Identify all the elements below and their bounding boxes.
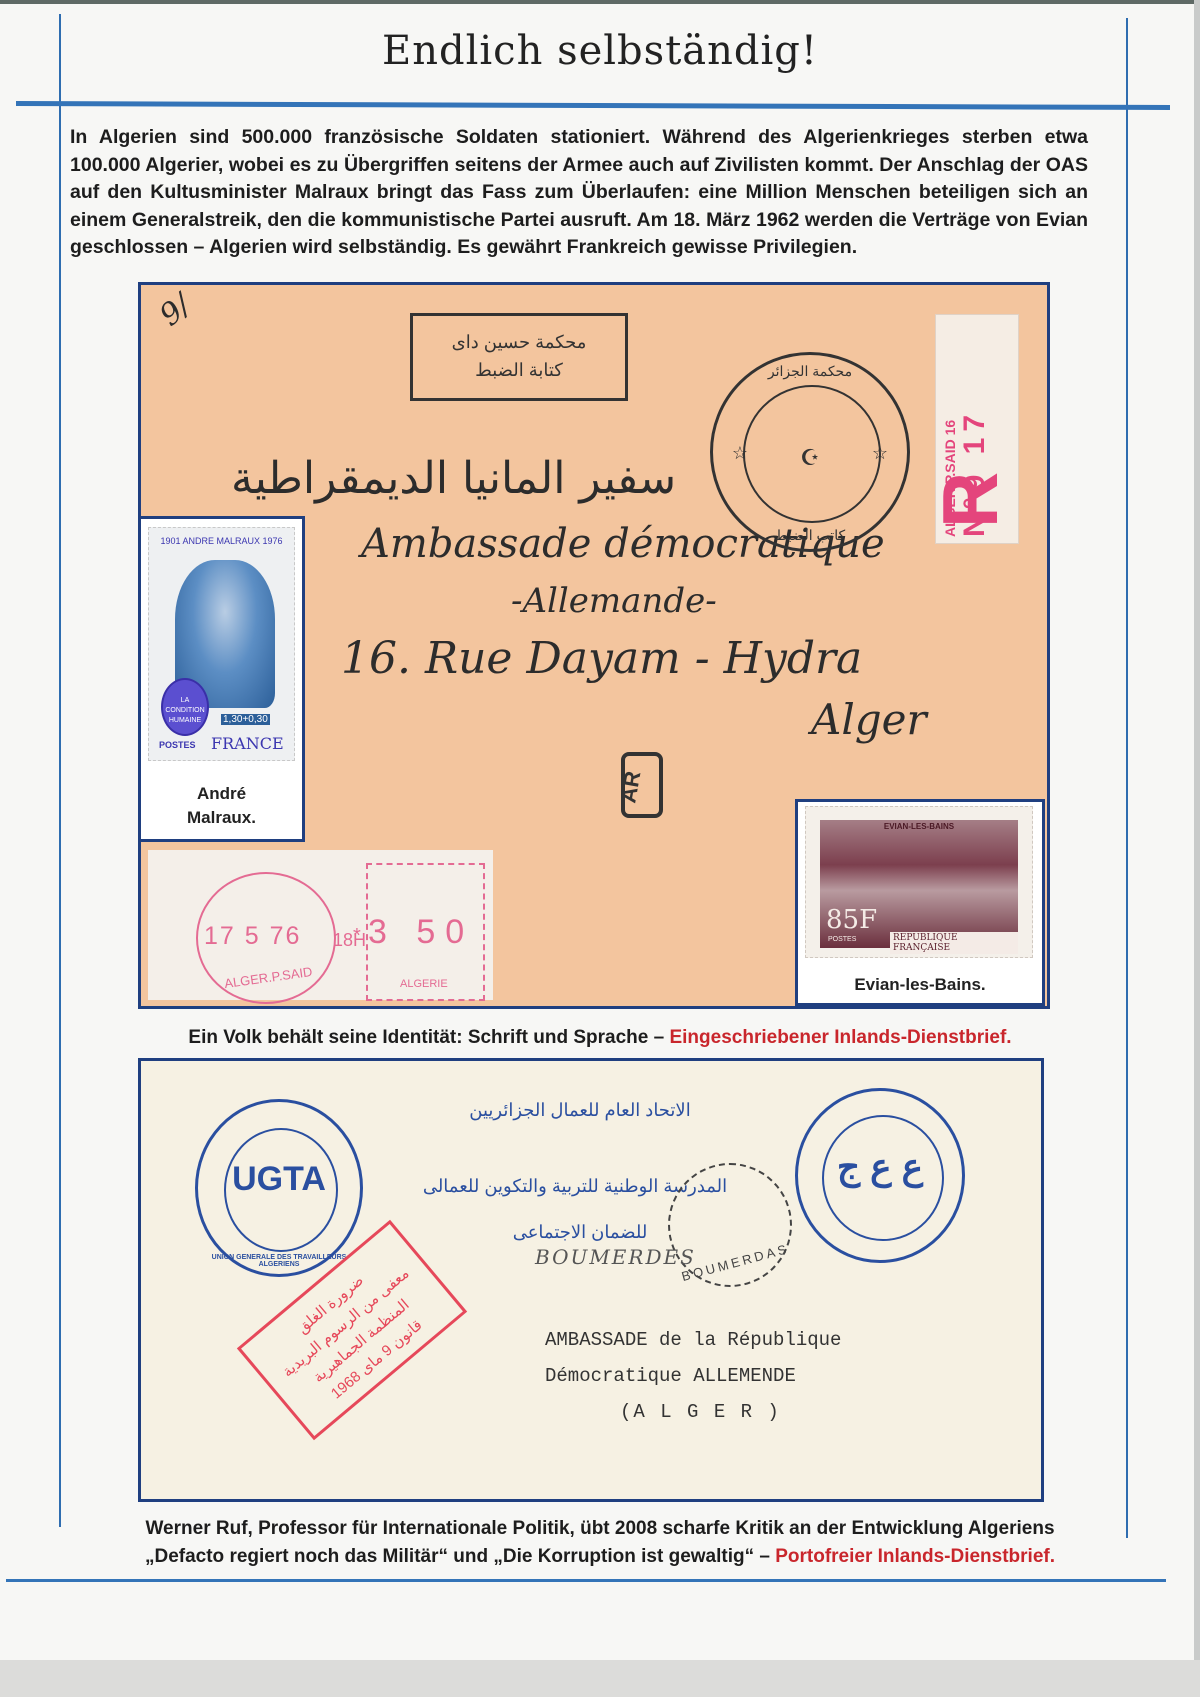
- cover2-caption-line1: Werner Ruf, Professor für Internationale…: [0, 1515, 1200, 1543]
- ar-stamp: AR: [621, 752, 663, 818]
- address-line-4: Alger: [811, 695, 927, 744]
- corner-mark: 9/: [153, 288, 198, 334]
- evian-lake-picture: EVIAN-LES-BAINS 85F POSTES REPUBLIQUE FR…: [820, 820, 1018, 948]
- cover1-caption-type: Eingeschriebener Inlands-Dienstbrief.: [669, 1027, 1011, 1048]
- meter-date: 17 5 76: [204, 922, 301, 951]
- page-title: Endlich selbständig!: [0, 28, 1200, 74]
- malraux-caption-line1: André: [141, 782, 302, 806]
- title-rule: [16, 101, 1170, 110]
- scan-edge-top: [0, 0, 1200, 4]
- crescent-star-icon: ☪: [713, 445, 907, 471]
- court-box-stamp-line1: محكمة حسين داى: [413, 328, 625, 356]
- ugta-seal-letters: UGTA: [198, 1160, 360, 1199]
- cover2-caption-quote: „Defacto regiert noch das Militär“ und „…: [145, 1546, 775, 1567]
- evian-stamp-value: 85F: [826, 905, 877, 935]
- scan-edge-right: [1194, 0, 1200, 1697]
- address-line-3: 16. Rue Dayam - Hydra: [341, 633, 862, 684]
- registration-letter: R: [935, 472, 1005, 528]
- footer-rule: [6, 1579, 1166, 1582]
- evian-stamp-header: EVIAN-LES-BAINS: [820, 822, 1018, 831]
- ugta-arabic-seal: ع ع ج: [795, 1088, 965, 1263]
- malraux-caption: André Malraux.: [141, 782, 302, 830]
- cover2-caption: Werner Ruf, Professor für Internationale…: [0, 1515, 1200, 1571]
- postage-meter-strip: ALGER.P.SAID 17 5 76 18H * 3 50 ALGERIE: [148, 850, 493, 1000]
- scan-bottom-edge: [0, 1660, 1200, 1697]
- seal-top-text: محكمة الجزائر: [713, 363, 907, 380]
- malraux-stamp-value: 1,30+0,30: [221, 714, 270, 725]
- typed-address-line1: AMBASSADE de la République: [545, 1329, 841, 1351]
- malraux-caption-line2: Malraux.: [141, 806, 302, 830]
- malraux-stamp-header: 1901 ANDRE MALRAUX 1976: [155, 536, 288, 546]
- registration-label: ALGER.P.SAID 16 N°9 17 R: [935, 314, 1019, 544]
- cover2-caption-line2: „Defacto regiert noch das Militär“ und „…: [0, 1543, 1200, 1571]
- malraux-stamp: 1901 ANDRE MALRAUX 1976 LA CONDITION HUM…: [148, 527, 295, 761]
- ar-stamp-text: AR: [615, 769, 646, 805]
- address-line-2: -Allemande-: [511, 581, 717, 621]
- evian-stamp-country: REPUBLIQUE FRANÇAISE: [890, 932, 1018, 954]
- malraux-stamp-postes: POSTES: [159, 740, 196, 750]
- cover1-caption-text: Ein Volk behält seine Identität: Schrift…: [188, 1027, 669, 1048]
- frame-right-line: [1126, 18, 1128, 1538]
- court-box-stamp: محكمة حسين داى كتابة الضبط: [410, 313, 628, 401]
- letterhead-line1: الاتحاد العام للعمال الجزائريين: [390, 1100, 770, 1121]
- meter-star: *: [353, 925, 361, 948]
- handwritten-town: BOUMERDES: [535, 1245, 696, 1269]
- malraux-stamp-country: FRANCE: [211, 734, 284, 753]
- intro-paragraph: In Algerien sind 500.000 französische So…: [70, 124, 1088, 262]
- cover2-caption-type: Portofreier Inlands-Dienstbrief.: [775, 1546, 1055, 1567]
- evian-stamp-postes: POSTES: [828, 936, 856, 943]
- meter-country: ALGERIE: [400, 978, 448, 990]
- evian-caption: Evian-les-Bains.: [798, 973, 1042, 997]
- meter-value: 3 50: [368, 913, 474, 952]
- letterhead-line3: للضمان الاجتماعى: [470, 1222, 690, 1243]
- meter-hour: 18H: [333, 930, 366, 951]
- frame-left-line: [59, 14, 61, 1527]
- ugta-arabic-seal-letters: ع ع ج: [798, 1146, 962, 1188]
- arabic-address: سفير المانيا الديمقراطية: [231, 453, 676, 504]
- court-box-stamp-line2: كتابة الضبط: [413, 356, 625, 384]
- typed-address-line3: (A L G E R ): [620, 1401, 781, 1423]
- evian-stamp: EVIAN-LES-BAINS 85F POSTES REPUBLIQUE FR…: [805, 806, 1033, 958]
- oval-book-emblem: LA CONDITION HUMAINE: [161, 678, 209, 736]
- ugta-seal: UGTA UNION GENERALE DES TRAVAILLEURS ALG…: [195, 1099, 363, 1277]
- seal-bottom-text: كاتب الضبط: [713, 527, 907, 544]
- cover1-caption: Ein Volk behält seine Identität: Schrift…: [0, 1027, 1200, 1049]
- typed-address-line2: Démocratique ALLEMENDE: [545, 1365, 796, 1387]
- court-round-seal: محكمة الجزائر كاتب الضبط ☆ ☆ ☪: [710, 352, 910, 552]
